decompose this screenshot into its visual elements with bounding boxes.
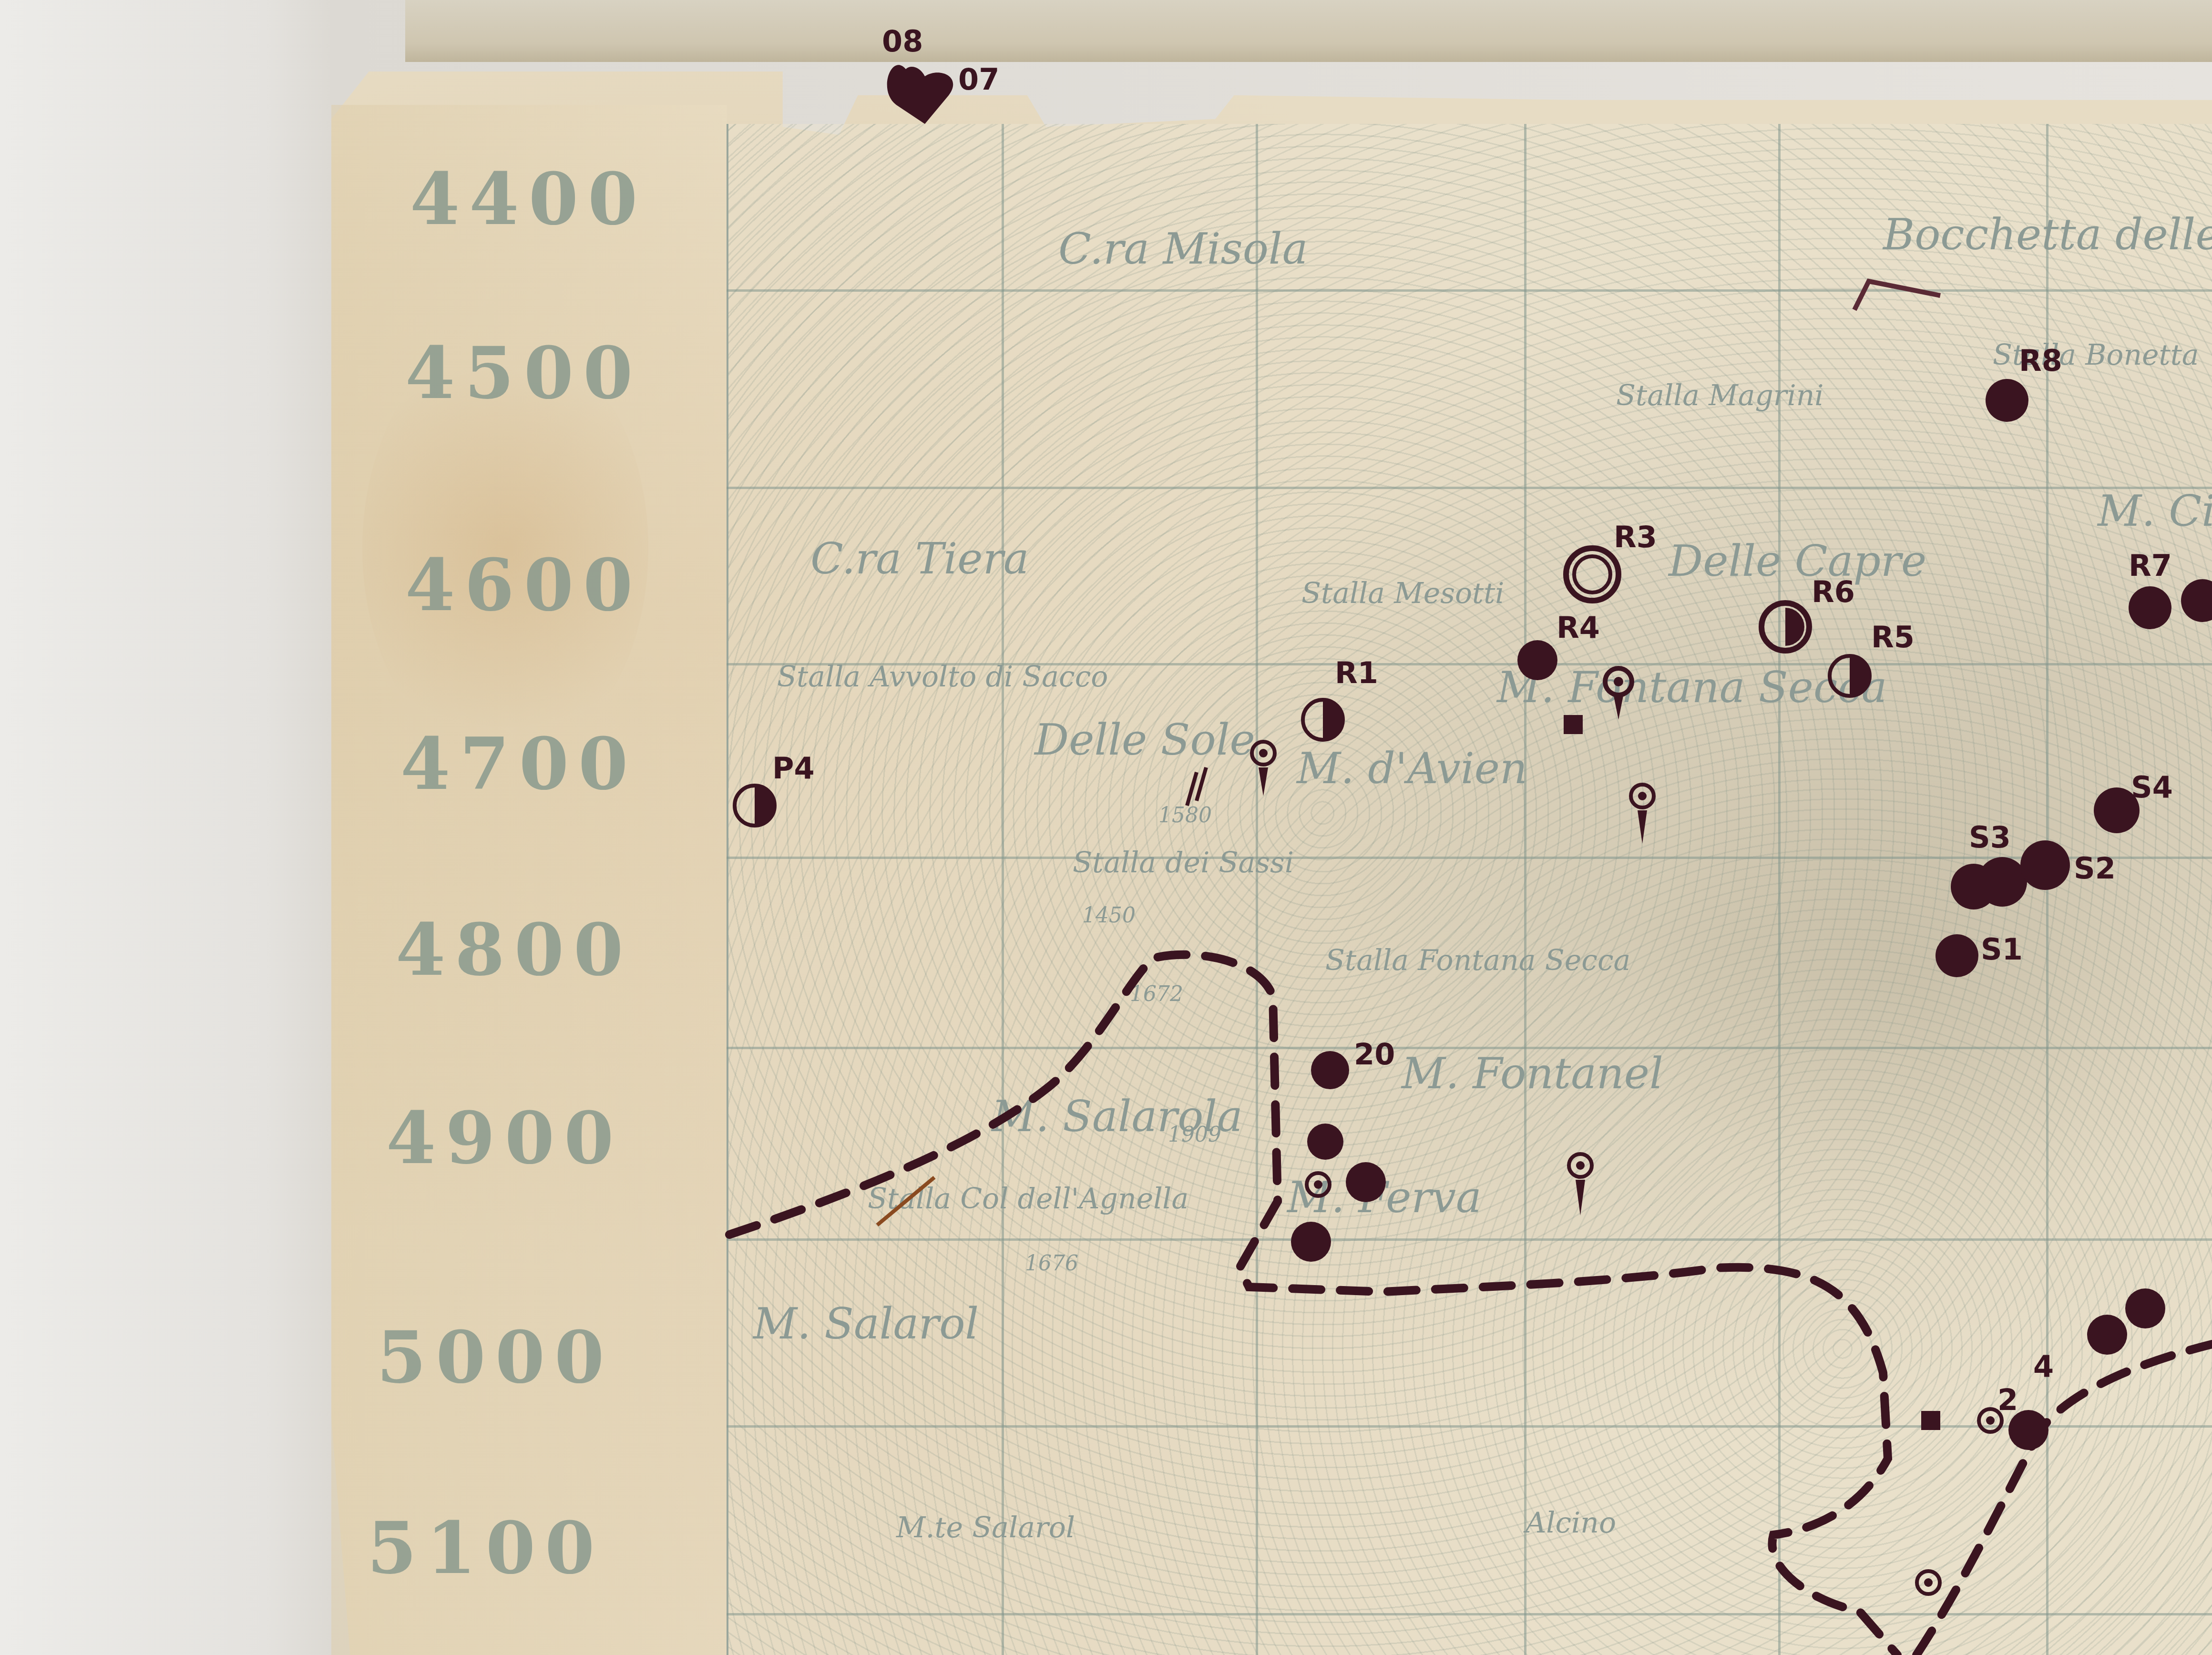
markings-overlay: [0, 0, 2212, 1655]
marker-label: R5: [1871, 620, 1915, 654]
marker-label: 2: [1997, 1382, 2018, 1417]
marker-label: R4: [1557, 610, 1600, 645]
marker-label: 08: [882, 24, 923, 59]
marker-label: S2: [2074, 851, 2116, 886]
marker-label: 4: [2033, 1349, 2054, 1384]
marker-label: 07: [958, 62, 999, 97]
marker-label: 20: [1354, 1037, 1395, 1072]
marker-label: R7: [2129, 548, 2172, 583]
marker-label: R1: [1335, 655, 1378, 690]
marker-label: R3: [1614, 520, 1657, 554]
marker-label: S1: [1981, 932, 2023, 967]
marker-label: R6: [1812, 574, 1855, 609]
marker-label: R8: [2019, 343, 2062, 378]
marker-label: S3: [1969, 820, 2011, 855]
marker-label: P4: [772, 751, 815, 786]
marker-label: S4: [2131, 770, 2173, 805]
